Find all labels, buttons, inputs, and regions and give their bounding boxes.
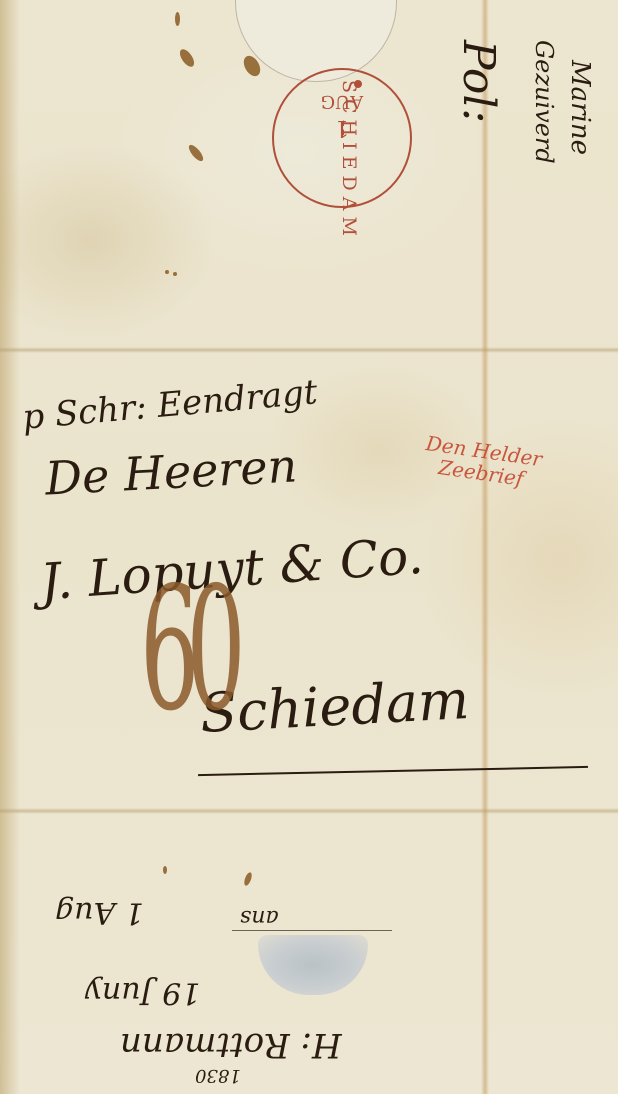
ink-stain <box>177 47 197 69</box>
ink-stain <box>173 272 177 276</box>
fold-line-vertical <box>481 0 489 1094</box>
seal-edge <box>232 930 392 931</box>
left-edge-toning <box>0 0 20 1094</box>
notation-marine: Marine <box>565 60 595 155</box>
den-helder-zeebrief-stamp: Den Helder Zeebrief <box>422 432 544 492</box>
ink-stain <box>243 871 253 886</box>
ship-route: p Schr: Eendragt <box>21 372 319 438</box>
fold-line-upper <box>0 347 618 353</box>
fold-line-lower <box>0 808 618 814</box>
postmark-town: SCHIEDAM <box>338 80 360 242</box>
notation-gezuiverd: Gezuiverd <box>530 40 558 164</box>
notation-pol: Pol: <box>456 40 500 123</box>
ink-stain <box>175 12 180 26</box>
postmark-town-ring: SCHIEDAM <box>274 70 410 206</box>
docket-date: 19 Juny <box>85 975 200 1010</box>
docket-answer: ans <box>240 905 279 930</box>
ink-stain <box>165 270 169 274</box>
address-salutation: De Heeren <box>44 438 299 505</box>
wafer-seal <box>258 935 368 995</box>
letter-sheet: 1 AUG SCHIEDAM Marine Gezuiverd Pol: p S… <box>0 0 618 1094</box>
rate-marking: 60 <box>140 560 233 740</box>
docket-year: 1830 <box>195 1065 241 1086</box>
docket-sender: H: Rottmann <box>120 1025 342 1065</box>
ink-stain <box>163 866 167 874</box>
city-underline <box>198 766 588 776</box>
schiedam-postmark: 1 AUG SCHIEDAM <box>272 68 412 208</box>
ink-stain <box>187 143 206 163</box>
address-city: Schiedam <box>199 668 471 745</box>
docket-answer-date: 1 Aug <box>55 895 144 930</box>
